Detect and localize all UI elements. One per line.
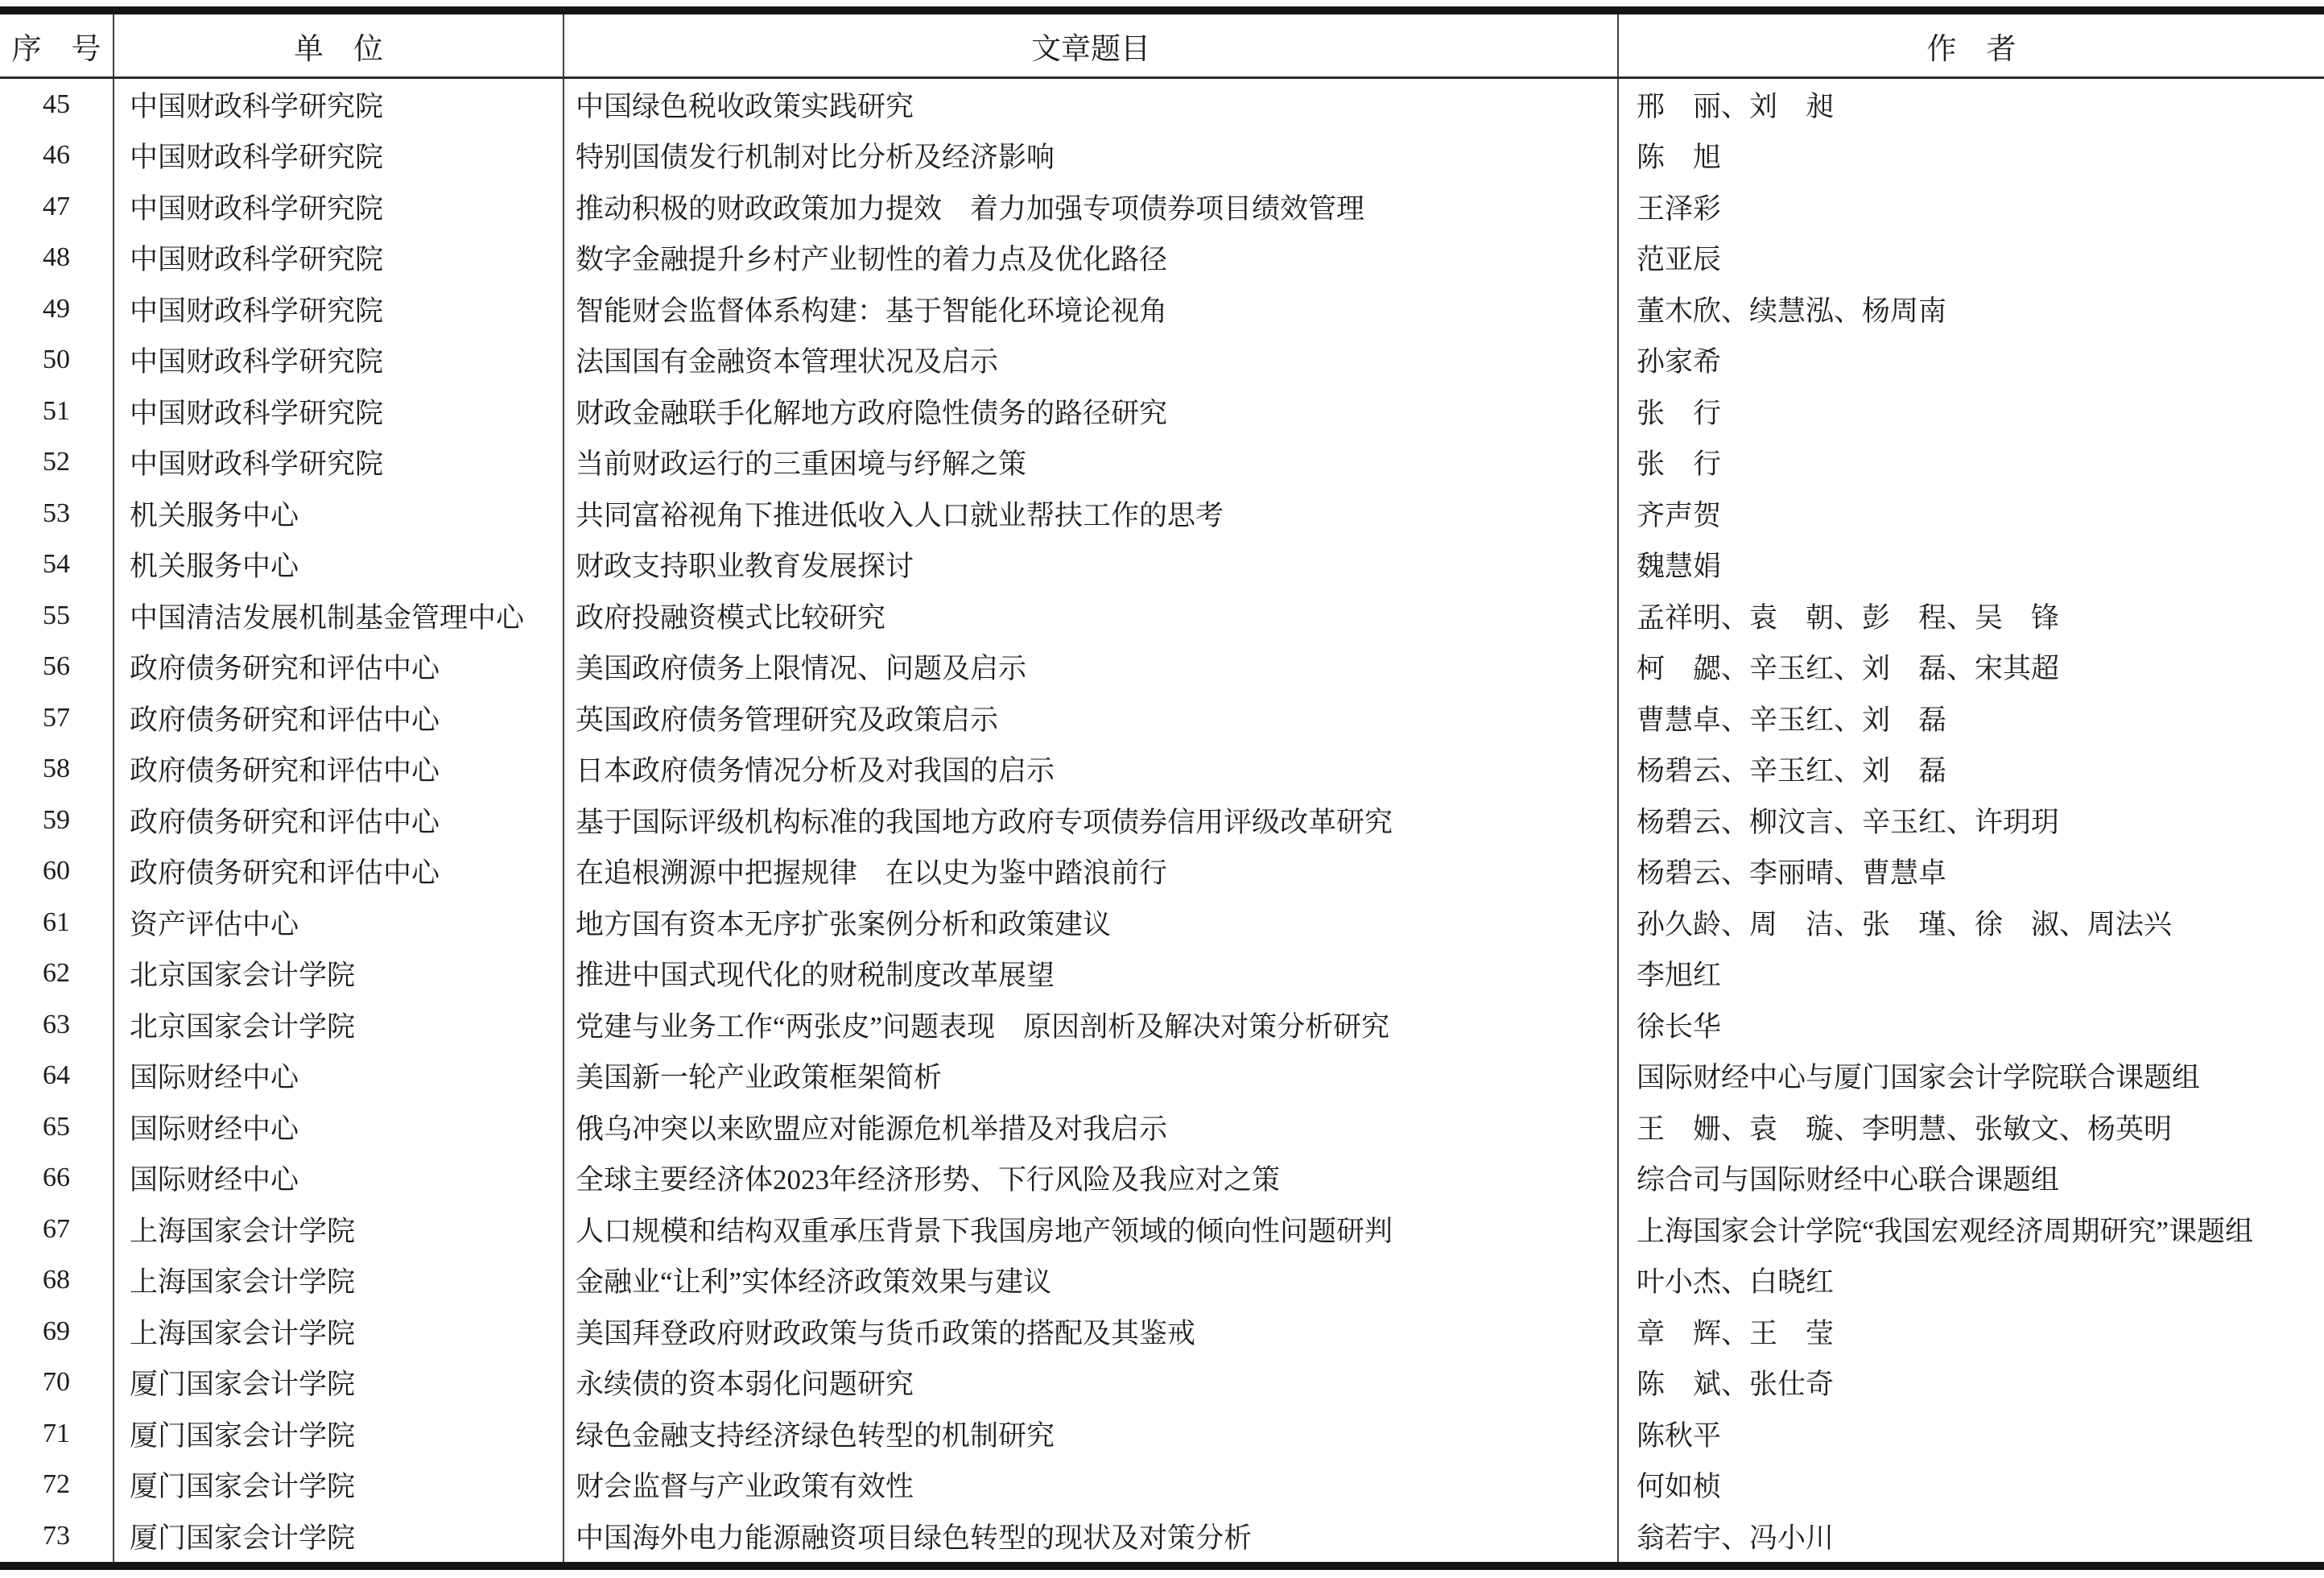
row-authors: 李旭红 — [1618, 948, 2324, 1000]
table-row: 51 中国财政科学研究院 财政金融联手化解地方政府隐性债务的路径研究 张 行 — [0, 386, 2324, 437]
table-row: 58 政府债务研究和评估中心 日本政府债务情况分析及对我国的启示 杨碧云、辛玉红… — [0, 744, 2324, 795]
row-number: 46 — [0, 130, 114, 182]
row-number: 48 — [0, 233, 114, 284]
row-unit: 国际财经中心 — [114, 1101, 563, 1153]
row-number: 49 — [0, 283, 114, 335]
table-row: 73 厦门国家会计学院 中国海外电力能源融资项目绿色转型的现状及对策分析 翁若宇… — [0, 1510, 2324, 1566]
row-number: 45 — [0, 78, 114, 130]
row-authors: 齐声贺 — [1618, 488, 2324, 539]
row-authors: 杨碧云、柳汶言、辛玉红、许玥玥 — [1618, 795, 2324, 846]
table-row: 72 厦门国家会计学院 财会监督与产业政策有效性 何如桢 — [0, 1460, 2324, 1511]
row-number: 47 — [0, 181, 114, 233]
table-row: 55 中国清洁发展机制基金管理中心 政府投融资模式比较研究 孟祥明、袁 朝、彭 … — [0, 590, 2324, 642]
row-unit: 厦门国家会计学院 — [114, 1460, 563, 1511]
row-title: 智能财会监督体系构建：基于智能化环境论视角 — [563, 283, 1618, 335]
table-row: 48 中国财政科学研究院 数字金融提升乡村产业韧性的着力点及优化路径 范亚辰 — [0, 233, 2324, 284]
row-unit: 政府债务研究和评估中心 — [114, 692, 563, 744]
row-title: 推进中国式现代化的财税制度改革展望 — [563, 948, 1618, 1000]
row-unit: 中国财政科学研究院 — [114, 78, 563, 130]
row-authors: 王 姗、袁 璇、李明慧、张敏文、杨英明 — [1618, 1101, 2324, 1153]
row-number: 55 — [0, 590, 114, 642]
row-title: 财会监督与产业政策有效性 — [563, 1460, 1618, 1511]
row-number: 57 — [0, 692, 114, 744]
row-number: 70 — [0, 1357, 114, 1409]
row-number: 66 — [0, 1153, 114, 1204]
row-title: 政府投融资模式比较研究 — [563, 590, 1618, 642]
table-row: 65 国际财经中心 俄乌冲突以来欧盟应对能源危机举措及对我启示 王 姗、袁 璇、… — [0, 1101, 2324, 1153]
row-unit: 资产评估中心 — [114, 897, 563, 948]
table-row: 70 厦门国家会计学院 永续债的资本弱化问题研究 陈 斌、张仕奇 — [0, 1357, 2324, 1409]
row-title: 共同富裕视角下推进低收入人口就业帮扶工作的思考 — [563, 488, 1618, 539]
row-number: 58 — [0, 744, 114, 795]
row-unit: 中国财政科学研究院 — [114, 130, 563, 182]
row-title: 俄乌冲突以来欧盟应对能源危机举措及对我启示 — [563, 1101, 1618, 1153]
row-unit: 北京国家会计学院 — [114, 999, 563, 1051]
row-unit: 上海国家会计学院 — [114, 1255, 563, 1307]
row-number: 68 — [0, 1255, 114, 1307]
row-authors: 范亚辰 — [1618, 233, 2324, 284]
row-authors: 陈 旭 — [1618, 130, 2324, 182]
row-title: 当前财政运行的三重困境与纾解之策 — [563, 437, 1618, 489]
row-number: 60 — [0, 846, 114, 898]
row-unit: 中国财政科学研究院 — [114, 335, 563, 386]
row-unit: 上海国家会计学院 — [114, 1204, 563, 1255]
row-authors: 邢 丽、刘 昶 — [1618, 78, 2324, 130]
row-title: 财政金融联手化解地方政府隐性债务的路径研究 — [563, 386, 1618, 437]
row-authors: 柯 勰、辛玉红、刘 磊、宋其超 — [1618, 642, 2324, 693]
row-unit: 政府债务研究和评估中心 — [114, 846, 563, 898]
table-row: 57 政府债务研究和评估中心 英国政府债务管理研究及政策启示 曹慧卓、辛玉红、刘… — [0, 692, 2324, 744]
row-authors: 国际财经中心与厦门国家会计学院联合课题组 — [1618, 1051, 2324, 1102]
row-authors: 陈秋平 — [1618, 1408, 2324, 1460]
header-title: 文章题目 — [563, 10, 1618, 78]
table-row: 63 北京国家会计学院 党建与业务工作“两张皮”问题表现 原因剖析及解决对策分析… — [0, 999, 2324, 1051]
row-number: 62 — [0, 948, 114, 1000]
table-row: 67 上海国家会计学院 人口规模和结构双重承压背景下我国房地产领域的倾向性问题研… — [0, 1204, 2324, 1255]
row-number: 64 — [0, 1051, 114, 1102]
row-unit: 中国财政科学研究院 — [114, 233, 563, 284]
row-unit: 国际财经中心 — [114, 1153, 563, 1204]
header-no: 序 号 — [0, 10, 114, 78]
row-unit: 中国财政科学研究院 — [114, 283, 563, 335]
row-title: 美国新一轮产业政策框架简析 — [563, 1051, 1618, 1102]
row-number: 72 — [0, 1460, 114, 1511]
row-authors: 杨碧云、辛玉红、刘 磊 — [1618, 744, 2324, 795]
header-unit: 单 位 — [114, 10, 563, 78]
page: 序 号 单 位 文章题目 作 者 45 中国财政科学研究院 中国绿色税收政策实践… — [0, 0, 2324, 1570]
table-row: 54 机关服务中心 财政支持职业教育发展探讨 魏慧娟 — [0, 539, 2324, 591]
row-unit: 厦门国家会计学院 — [114, 1510, 563, 1566]
table-row: 69 上海国家会计学院 美国拜登政府财政政策与货币政策的搭配及其鉴戒 章 辉、王… — [0, 1306, 2324, 1357]
row-number: 56 — [0, 642, 114, 693]
row-title: 推动积极的财政政策加力提效 着力加强专项债券项目绩效管理 — [563, 181, 1618, 233]
row-title: 中国绿色税收政策实践研究 — [563, 78, 1618, 130]
row-number: 69 — [0, 1306, 114, 1357]
row-authors: 叶小杰、白晓红 — [1618, 1255, 2324, 1307]
row-title: 中国海外电力能源融资项目绿色转型的现状及对策分析 — [563, 1510, 1618, 1566]
row-number: 52 — [0, 437, 114, 489]
row-unit: 北京国家会计学院 — [114, 948, 563, 1000]
table-row: 64 国际财经中心 美国新一轮产业政策框架简析 国际财经中心与厦门国家会计学院联… — [0, 1051, 2324, 1102]
table-header: 序 号 单 位 文章题目 作 者 — [0, 10, 2324, 78]
table-row: 47 中国财政科学研究院 推动积极的财政政策加力提效 着力加强专项债券项目绩效管… — [0, 181, 2324, 233]
row-authors: 上海国家会计学院“我国宏观经济周期研究”课题组 — [1618, 1204, 2324, 1255]
row-unit: 政府债务研究和评估中心 — [114, 744, 563, 795]
row-number: 63 — [0, 999, 114, 1051]
row-unit: 政府债务研究和评估中心 — [114, 642, 563, 693]
row-authors: 孙久龄、周 洁、张 瑾、徐 淑、周法兴 — [1618, 897, 2324, 948]
row-authors: 孙家希 — [1618, 335, 2324, 386]
row-number: 65 — [0, 1101, 114, 1153]
table-body: 45 中国财政科学研究院 中国绿色税收政策实践研究 邢 丽、刘 昶 46 中国财… — [0, 78, 2324, 1566]
table-row: 45 中国财政科学研究院 中国绿色税收政策实践研究 邢 丽、刘 昶 — [0, 78, 2324, 130]
row-authors: 徐长华 — [1618, 999, 2324, 1051]
table-row: 66 国际财经中心 全球主要经济体2023年经济形势、下行风险及我应对之策 综合… — [0, 1153, 2324, 1204]
table-row: 46 中国财政科学研究院 特别国债发行机制对比分析及经济影响 陈 旭 — [0, 130, 2324, 182]
row-title: 美国政府债务上限情况、问题及启示 — [563, 642, 1618, 693]
row-unit: 政府债务研究和评估中心 — [114, 795, 563, 846]
row-authors: 章 辉、王 莹 — [1618, 1306, 2324, 1357]
row-title: 在追根溯源中把握规律 在以史为鉴中踏浪前行 — [563, 846, 1618, 898]
table-row: 61 资产评估中心 地方国有资本无序扩张案例分析和政策建议 孙久龄、周 洁、张 … — [0, 897, 2324, 948]
row-unit: 机关服务中心 — [114, 488, 563, 539]
row-number: 67 — [0, 1204, 114, 1255]
row-unit: 上海国家会计学院 — [114, 1306, 563, 1357]
table-row: 53 机关服务中心 共同富裕视角下推进低收入人口就业帮扶工作的思考 齐声贺 — [0, 488, 2324, 539]
table-row: 68 上海国家会计学院 金融业“让利”实体经济政策效果与建议 叶小杰、白晓红 — [0, 1255, 2324, 1307]
row-title: 基于国际评级机构标准的我国地方政府专项债券信用评级改革研究 — [563, 795, 1618, 846]
row-authors: 孟祥明、袁 朝、彭 程、吴 锋 — [1618, 590, 2324, 642]
row-unit: 中国财政科学研究院 — [114, 386, 563, 437]
table-row: 56 政府债务研究和评估中心 美国政府债务上限情况、问题及启示 柯 勰、辛玉红、… — [0, 642, 2324, 693]
row-title: 日本政府债务情况分析及对我国的启示 — [563, 744, 1618, 795]
row-number: 61 — [0, 897, 114, 948]
row-number: 73 — [0, 1510, 114, 1566]
row-authors: 何如桢 — [1618, 1460, 2324, 1511]
row-authors: 董木欣、续慧泓、杨周南 — [1618, 283, 2324, 335]
row-authors: 陈 斌、张仕奇 — [1618, 1357, 2324, 1409]
table-row: 62 北京国家会计学院 推进中国式现代化的财税制度改革展望 李旭红 — [0, 948, 2324, 1000]
row-title: 财政支持职业教育发展探讨 — [563, 539, 1618, 591]
row-number: 54 — [0, 539, 114, 591]
row-title: 特别国债发行机制对比分析及经济影响 — [563, 130, 1618, 182]
header-row: 序 号 单 位 文章题目 作 者 — [0, 10, 2324, 78]
row-title: 美国拜登政府财政政策与货币政策的搭配及其鉴戒 — [563, 1306, 1618, 1357]
row-title: 永续债的资本弱化问题研究 — [563, 1357, 1618, 1409]
row-number: 50 — [0, 335, 114, 386]
row-title: 人口规模和结构双重承压背景下我国房地产领域的倾向性问题研判 — [563, 1204, 1618, 1255]
row-authors: 王泽彩 — [1618, 181, 2324, 233]
row-number: 51 — [0, 386, 114, 437]
row-authors: 翁若宇、冯小川 — [1618, 1510, 2324, 1566]
row-authors: 曹慧卓、辛玉红、刘 磊 — [1618, 692, 2324, 744]
table-row: 49 中国财政科学研究院 智能财会监督体系构建：基于智能化环境论视角 董木欣、续… — [0, 283, 2324, 335]
row-authors: 张 行 — [1618, 437, 2324, 489]
row-unit: 中国财政科学研究院 — [114, 437, 563, 489]
row-unit: 中国清洁发展机制基金管理中心 — [114, 590, 563, 642]
table-row: 52 中国财政科学研究院 当前财政运行的三重困境与纾解之策 张 行 — [0, 437, 2324, 489]
table-row: 71 厦门国家会计学院 绿色金融支持经济绿色转型的机制研究 陈秋平 — [0, 1408, 2324, 1460]
row-unit: 中国财政科学研究院 — [114, 181, 563, 233]
row-title: 金融业“让利”实体经济政策效果与建议 — [563, 1255, 1618, 1307]
articles-table: 序 号 单 位 文章题目 作 者 45 中国财政科学研究院 中国绿色税收政策实践… — [0, 6, 2324, 1570]
table-row: 60 政府债务研究和评估中心 在追根溯源中把握规律 在以史为鉴中踏浪前行 杨碧云… — [0, 846, 2324, 898]
row-title: 党建与业务工作“两张皮”问题表现 原因剖析及解决对策分析研究 — [563, 999, 1618, 1051]
row-title: 数字金融提升乡村产业韧性的着力点及优化路径 — [563, 233, 1618, 284]
header-authors: 作 者 — [1618, 10, 2324, 78]
table-row: 50 中国财政科学研究院 法国国有金融资本管理状况及启示 孙家希 — [0, 335, 2324, 386]
row-number: 53 — [0, 488, 114, 539]
row-unit: 国际财经中心 — [114, 1051, 563, 1102]
row-authors: 魏慧娟 — [1618, 539, 2324, 591]
row-title: 绿色金融支持经济绿色转型的机制研究 — [563, 1408, 1618, 1460]
row-authors: 综合司与国际财经中心联合课题组 — [1618, 1153, 2324, 1204]
row-number: 59 — [0, 795, 114, 846]
table-row: 59 政府债务研究和评估中心 基于国际评级机构标准的我国地方政府专项债券信用评级… — [0, 795, 2324, 846]
row-unit: 厦门国家会计学院 — [114, 1408, 563, 1460]
row-title: 法国国有金融资本管理状况及启示 — [563, 335, 1618, 386]
row-unit: 厦门国家会计学院 — [114, 1357, 563, 1409]
row-title: 英国政府债务管理研究及政策启示 — [563, 692, 1618, 744]
row-unit: 机关服务中心 — [114, 539, 563, 591]
row-title: 地方国有资本无序扩张案例分析和政策建议 — [563, 897, 1618, 948]
row-authors: 杨碧云、李丽晴、曹慧卓 — [1618, 846, 2324, 898]
row-number: 71 — [0, 1408, 114, 1460]
row-authors: 张 行 — [1618, 386, 2324, 437]
row-title: 全球主要经济体2023年经济形势、下行风险及我应对之策 — [563, 1153, 1618, 1204]
